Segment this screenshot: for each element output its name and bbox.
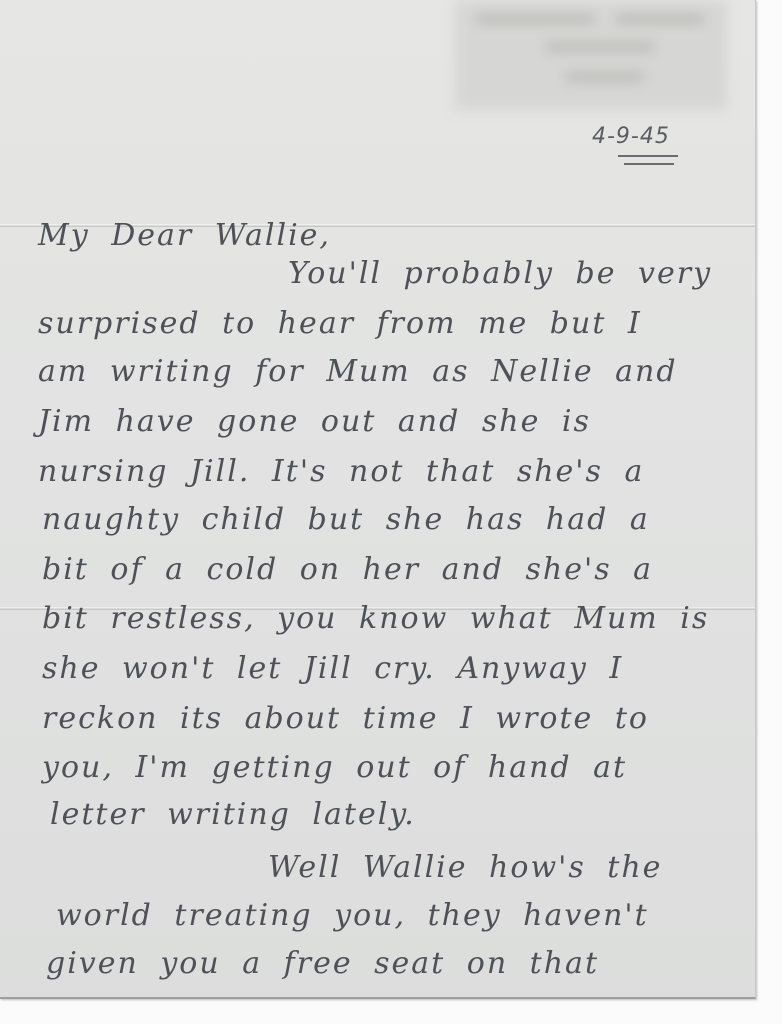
letter-line-1: You'll probably be very [288, 256, 712, 291]
date-underline-2 [624, 163, 674, 165]
letter-date: 4-9-45 [592, 124, 670, 149]
letter-line-10: reckon its about time I wrote to [42, 701, 649, 736]
date-underline [618, 155, 678, 157]
letter-paper: 4-9-45 My Dear Wallie, You'll probably b… [0, 0, 756, 999]
letter-line-12: letter writing lately. [50, 797, 416, 832]
letter-line-14: world treating you, they haven't [56, 898, 649, 933]
letter-line-2: surprised to hear from me but I [38, 306, 642, 341]
salutation: My Dear Wallie, [38, 218, 331, 253]
letter-line-15: given you a free seat on that [46, 946, 599, 981]
letter-line-6: naughty child but she has had a [42, 502, 650, 537]
letter-line-5: nursing Jill. It's not that she's a [38, 454, 644, 489]
letter-line-9: she won't let Jill cry. Anyway I [42, 651, 623, 686]
letter-line-8: bit restless, you know what Mum is [42, 601, 709, 636]
redacted-letterhead [455, 0, 727, 110]
letter-line-7: bit of a cold on her and she's a [42, 552, 653, 587]
letter-line-13: Well Wallie how's the [268, 850, 662, 885]
letter-line-11: you, I'm getting out of hand at [42, 750, 627, 785]
letter-line-4: Jim have gone out and she is [38, 404, 591, 439]
letter-line-3: am writing for Mum as Nellie and [38, 354, 678, 389]
